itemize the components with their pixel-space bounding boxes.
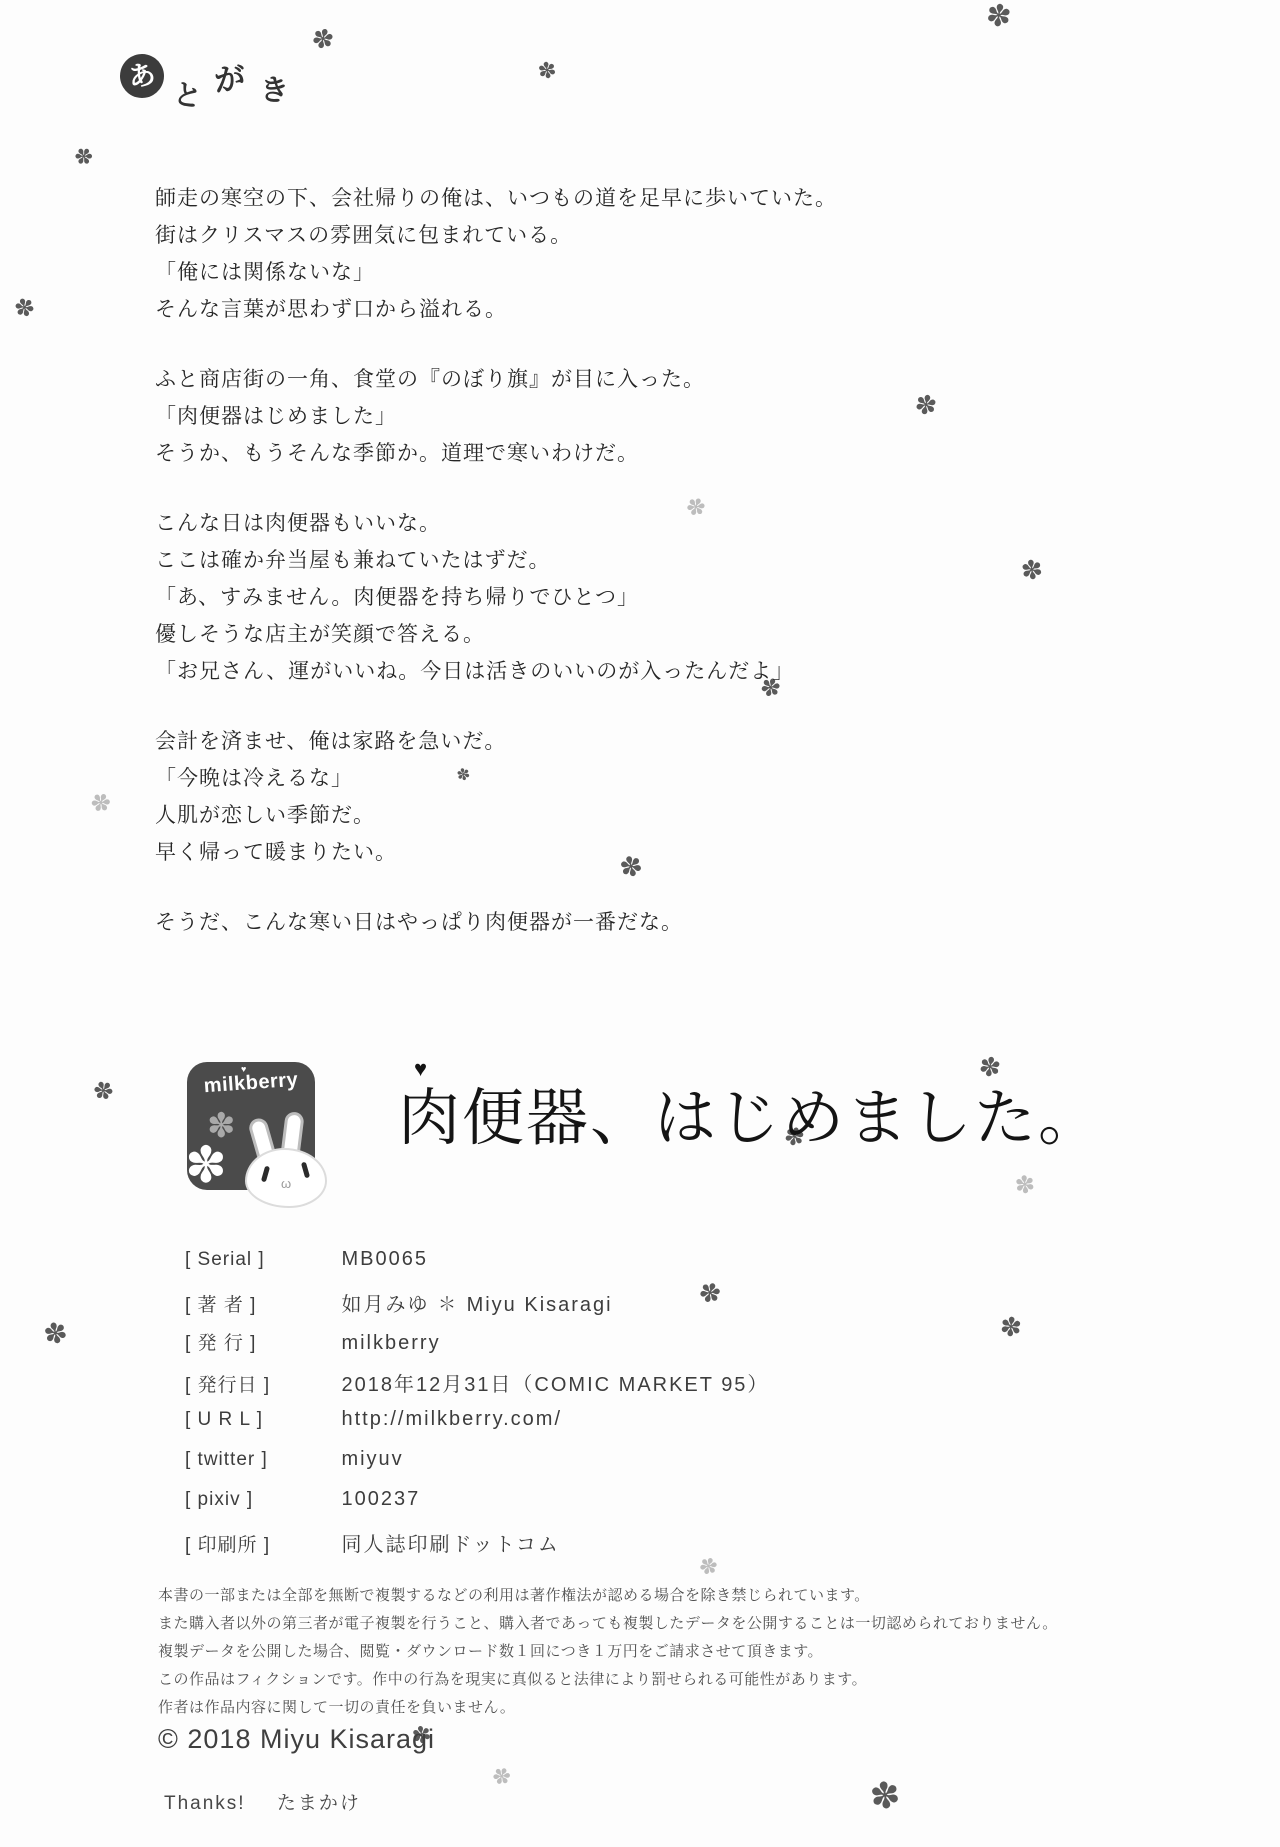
colophon-value: 2018年12月31日（COMIC MARKET 95）	[341, 1368, 769, 1397]
bunny-icon: ω	[245, 1116, 329, 1208]
flower-icon: ✽	[12, 294, 39, 323]
legal-line: この作品はフィクションです。作中の行為を現実に真似ると法律により罰せられる可能性…	[158, 1666, 1138, 1694]
flower-icon: ✽	[999, 1313, 1023, 1341]
story-paragraph: 会計を済ませ、俺は家路を急いだ。 「今晩は冷えるな」 人肌が恋しい季節だ。 早く…	[155, 723, 1165, 871]
colophon-label: [ twitter ]	[185, 1449, 295, 1471]
flower-icon: ✽	[309, 24, 337, 55]
colophon-value: MB0065	[341, 1248, 428, 1271]
colophon: [ Serial ] MB0065 [ 著 者 ] 如月みゆ ✽ Miyu Ki…	[185, 1248, 769, 1568]
colophon-value: miyuv	[341, 1448, 403, 1471]
bunny-eye	[261, 1166, 270, 1183]
legal-line: また購入者以外の第三者が電子複製を行うこと、購入者であっても複製したデータを公開…	[158, 1610, 1138, 1638]
colophon-row-pubdate: [ 発行日 ] 2018年12月31日（COMIC MARKET 95）	[185, 1368, 769, 1408]
colophon-label: [ Serial ]	[185, 1249, 295, 1271]
story-line: 街はクリスマスの雰囲気に包まれている。	[155, 217, 1165, 254]
story-line: 「お兄さん、運がいいね。今日は活きのいいのが入ったんだよ」	[155, 653, 1165, 690]
colophon-row-printer: [ 印刷所 ] 同人誌印刷ドットコム	[185, 1528, 769, 1568]
flower-icon: ✽	[86, 789, 114, 819]
colophon-label: [ pixiv ]	[185, 1489, 295, 1511]
legal-notice: 本書の一部または全部を無断で複製するなどの利用は著作権法が認める場合を除き禁じら…	[158, 1582, 1138, 1722]
flower-icon: ✽	[41, 1318, 71, 1351]
flower-icon: ✽	[536, 59, 558, 84]
logo-brand-text: milkberry	[186, 1068, 315, 1100]
thanks-name: たまかけ	[277, 1793, 361, 1814]
story-line: 早く帰って暖まりたい。	[155, 834, 1165, 871]
story-line: 優しそうな店主が笑顔で答える。	[155, 616, 1165, 653]
flower-icon: ✽	[1014, 1173, 1037, 1199]
colophon-label: [ 印刷所 ]	[185, 1530, 295, 1557]
flower-icon: ✽	[984, 0, 1013, 33]
copyright-text: © 2018 Miyu Kisaragi	[158, 1724, 435, 1755]
colophon-label: [ 発行日 ]	[185, 1370, 295, 1397]
colophon-label: [ 著 者 ]	[185, 1290, 295, 1317]
colophon-value: http://milkberry.com/	[341, 1408, 562, 1431]
story-line: そうだ、こんな寒い日はやっぱり肉便器が一番だな。	[155, 904, 1165, 941]
story-line: そんな言葉が思わず口から溢れる。	[155, 291, 1165, 328]
flower-icon: ✽	[70, 143, 97, 171]
story-line: 「今晩は冷えるな」	[155, 760, 1165, 797]
story-line: 「肉便器はじめました」	[155, 398, 1165, 435]
afterword-char: と	[171, 72, 206, 116]
legal-line: 作者は作品内容に関して一切の責任を負いません。	[158, 1694, 1138, 1722]
story-paragraph: 師走の寒空の下、会社帰りの俺は、いつもの道を足早に歩いていた。 街はクリスマスの…	[155, 180, 1165, 328]
flower-icon: ✽	[185, 1136, 227, 1194]
story-line: そうか、もうそんな季節か。道理で寒いわけだ。	[155, 435, 1165, 472]
legal-line: 本書の一部または全部を無断で複製するなどの利用は著作権法が認める場合を除き禁じら…	[158, 1582, 1138, 1610]
afterword-story: 師走の寒空の下、会社帰りの俺は、いつもの道を足早に歩いていた。 街はクリスマスの…	[155, 180, 1165, 974]
colophon-value: milkberry	[341, 1332, 440, 1355]
colophon-row-serial: [ Serial ] MB0065	[185, 1248, 769, 1288]
story-line: こんな日は肉便器もいいな。	[155, 505, 1165, 542]
colophon-row-author: [ 著 者 ] 如月みゆ ✽ Miyu Kisaragi	[185, 1288, 769, 1328]
story-line: 人肌が恋しい季節だ。	[155, 797, 1165, 834]
bunny-eye	[301, 1162, 310, 1179]
thanks-line: Thanks! たまかけ	[164, 1788, 361, 1815]
colophon-value: 同人誌印刷ドットコム	[341, 1528, 559, 1557]
book-title: 肉便器、はじめました。	[398, 1068, 1102, 1157]
colophon-value: 100237	[341, 1488, 420, 1511]
story-paragraph: こんな日は肉便器もいいな。 ここは確か弁当屋も兼ねていたはずだ。 「あ、すみませ…	[155, 505, 1165, 690]
story-line: 「あ、すみません。肉便器を持ち帰りでひとつ」	[155, 579, 1165, 616]
flower-icon: ✽	[868, 1776, 903, 1816]
colophon-label: [ 発 行 ]	[185, 1328, 295, 1355]
colophon-row-publisher: [ 発 行 ] milkberry	[185, 1328, 769, 1368]
story-paragraph: そうだ、こんな寒い日はやっぱり肉便器が一番だな。	[155, 904, 1165, 941]
story-line: ふと商店街の一角、食堂の『のぼり旗』が目に入った。	[155, 361, 1165, 398]
colophon-row-twitter: [ twitter ] miyuv	[185, 1448, 769, 1488]
legal-line: 複製データを公開した場合、閲覧・ダウンロード数１回につき１万円をご請求させて頂き…	[158, 1638, 1138, 1666]
colophon-row-pixiv: [ pixiv ] 100237	[185, 1488, 769, 1528]
bunny-head: ω	[245, 1148, 327, 1208]
colophon-row-url: [ U R L ] http://milkberry.com/	[185, 1408, 769, 1448]
flower-icon: ✽	[488, 1763, 514, 1791]
story-line: 「俺には関係ないな」	[155, 254, 1165, 291]
story-line: 師走の寒空の下、会社帰りの俺は、いつもの道を足早に歩いていた。	[155, 180, 1165, 217]
afterword-page: ✽ ✽ ✽ ✽ ✽ ✽ ✽ ✽ ✽ ✽ ✽ ✽ ✽ ✽ ✽ ✽ ✽ ✽ ✽ ✽ …	[0, 0, 1280, 1847]
story-line: ここは確か弁当屋も兼ねていたはずだ。	[155, 542, 1165, 579]
bunny-mouth: ω	[281, 1176, 291, 1191]
story-line: 会計を済ませ、俺は家路を急いだ。	[155, 723, 1165, 760]
thanks-label: Thanks!	[164, 1793, 246, 1814]
milkberry-logo: ♥ milkberry ✽ ✽ ω	[187, 1062, 315, 1190]
afterword-char: が	[212, 53, 248, 101]
story-paragraph: ふと商店街の一角、食堂の『のぼり旗』が目に入った。 「肉便器はじめました」 そう…	[155, 361, 1165, 472]
flower-icon: ✽	[90, 1077, 118, 1107]
afterword-first-char-badge: あ	[117, 51, 167, 101]
colophon-label: [ U R L ]	[185, 1409, 295, 1431]
afterword-char: き	[259, 67, 290, 109]
colophon-value: 如月みゆ ✽ Miyu Kisaragi	[341, 1288, 612, 1317]
